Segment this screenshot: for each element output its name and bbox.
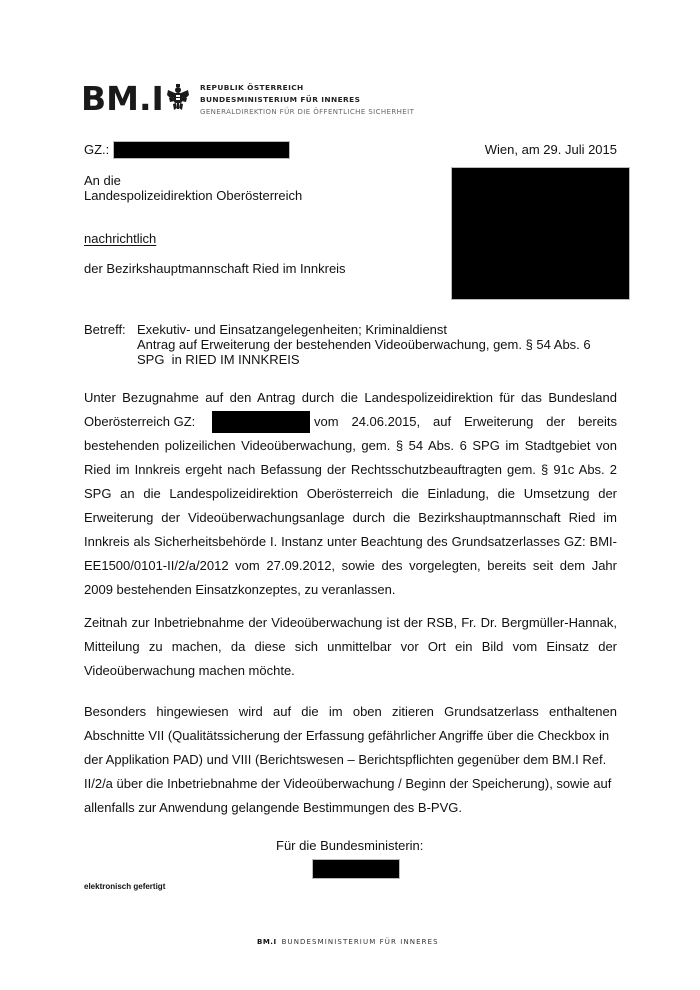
body-line: allenfalls zur Anwendung gelangende Best… — [84, 796, 617, 820]
letterhead-directorate: GENERALDIREKTION FÜR DIE ÖFFENTLICHE SIC… — [200, 107, 414, 117]
body-line: Besonders hingewiesen wird auf die im ob… — [84, 700, 617, 724]
bmi-logo: BM.I — [81, 80, 164, 118]
body-paragraph-1: Unter Bezugnahme auf den Antrag durch di… — [84, 386, 617, 602]
address-redaction — [451, 167, 630, 300]
footer: BM.IBUNDESMINISTERIUM FÜR INNERES — [257, 938, 439, 946]
body-line: Oberösterreich GZ: vom 24.06.2015, auf E… — [84, 410, 617, 434]
body-line-segment: Oberösterreich GZ: — [84, 410, 196, 434]
electronic-note: elektronisch gefertigt — [84, 882, 165, 891]
letterhead-republic: REPUBLIK ÖSTERREICH — [200, 83, 304, 93]
recipient-line2: Landespolizeidirektion Oberösterreich — [84, 188, 302, 204]
subject-label: Betreff: — [84, 322, 126, 338]
body-line: II/2/a über die Inbetriebnahme der Video… — [84, 772, 617, 796]
body-line: Abschnitte VII (Qualitätssicherung der E… — [84, 724, 617, 748]
subject-line3: SPG in RIED IM INNKREIS — [137, 352, 300, 368]
reference-label: GZ.: — [84, 142, 109, 158]
subject-line1: Exekutiv- und Einsatzangelegenheiten; Kr… — [137, 322, 447, 338]
body-line: Unter Bezugnahme auf den Antrag durch di… — [84, 386, 617, 410]
body-line: Videoüberwachung machen möchte. — [84, 659, 617, 683]
body-paragraph-2: Zeitnah zur Inbetriebnahme der Videoüber… — [84, 611, 617, 683]
reference-redaction — [113, 141, 290, 159]
body-line-segment: vom 24.06.2015, auf Erweiterung der bere… — [314, 410, 617, 434]
body-line: SPG an die Landespolizeidirektion Oberös… — [84, 482, 617, 506]
signature-redaction — [312, 859, 400, 879]
body-line: Erweiterung der Videoüberwachungsanlage … — [84, 506, 617, 530]
cc-label: nachrichtlich — [84, 231, 156, 247]
austrian-eagle-icon — [166, 84, 190, 112]
subject-line2: Antrag auf Erweiterung der bestehenden V… — [137, 337, 591, 353]
letterhead-ministry: BUNDESMINISTERIUM FÜR INNERES — [200, 95, 360, 105]
footer-logo: BM.I — [257, 938, 277, 946]
body-line: Mitteilung zu machen, da diese sich unmi… — [84, 635, 617, 659]
recipient-line1: An die — [84, 173, 121, 189]
cc-recipient: der Bezirkshauptmannschaft Ried im Innkr… — [84, 261, 346, 277]
signature-label: Für die Bundesministerin: — [276, 838, 423, 854]
body-line: Zeitnah zur Inbetriebnahme der Videoüber… — [84, 611, 617, 635]
place-date: Wien, am 29. Juli 2015 — [485, 142, 617, 158]
footer-text: BUNDESMINISTERIUM FÜR INNERES — [282, 938, 439, 946]
body-line: Ried im Innkreis ergeht nach Befassung d… — [84, 458, 617, 482]
body-line: der Applikation PAD) und VIII (Berichtsw… — [84, 748, 617, 772]
body-paragraph-3: Besonders hingewiesen wird auf die im ob… — [84, 700, 617, 820]
body-line: 2009 bestehenden Einsatzkonzeptes, zu ve… — [84, 578, 617, 602]
body-line: EE1500/0101-II/2/a/2012 vom 27.09.2012, … — [84, 554, 617, 578]
inline-reference-redaction — [212, 411, 310, 433]
body-line: bestehenden polizeilichen Videoüberwachu… — [84, 434, 617, 458]
body-line: Innkreis als Sicherheitsbehörde I. Insta… — [84, 530, 617, 554]
